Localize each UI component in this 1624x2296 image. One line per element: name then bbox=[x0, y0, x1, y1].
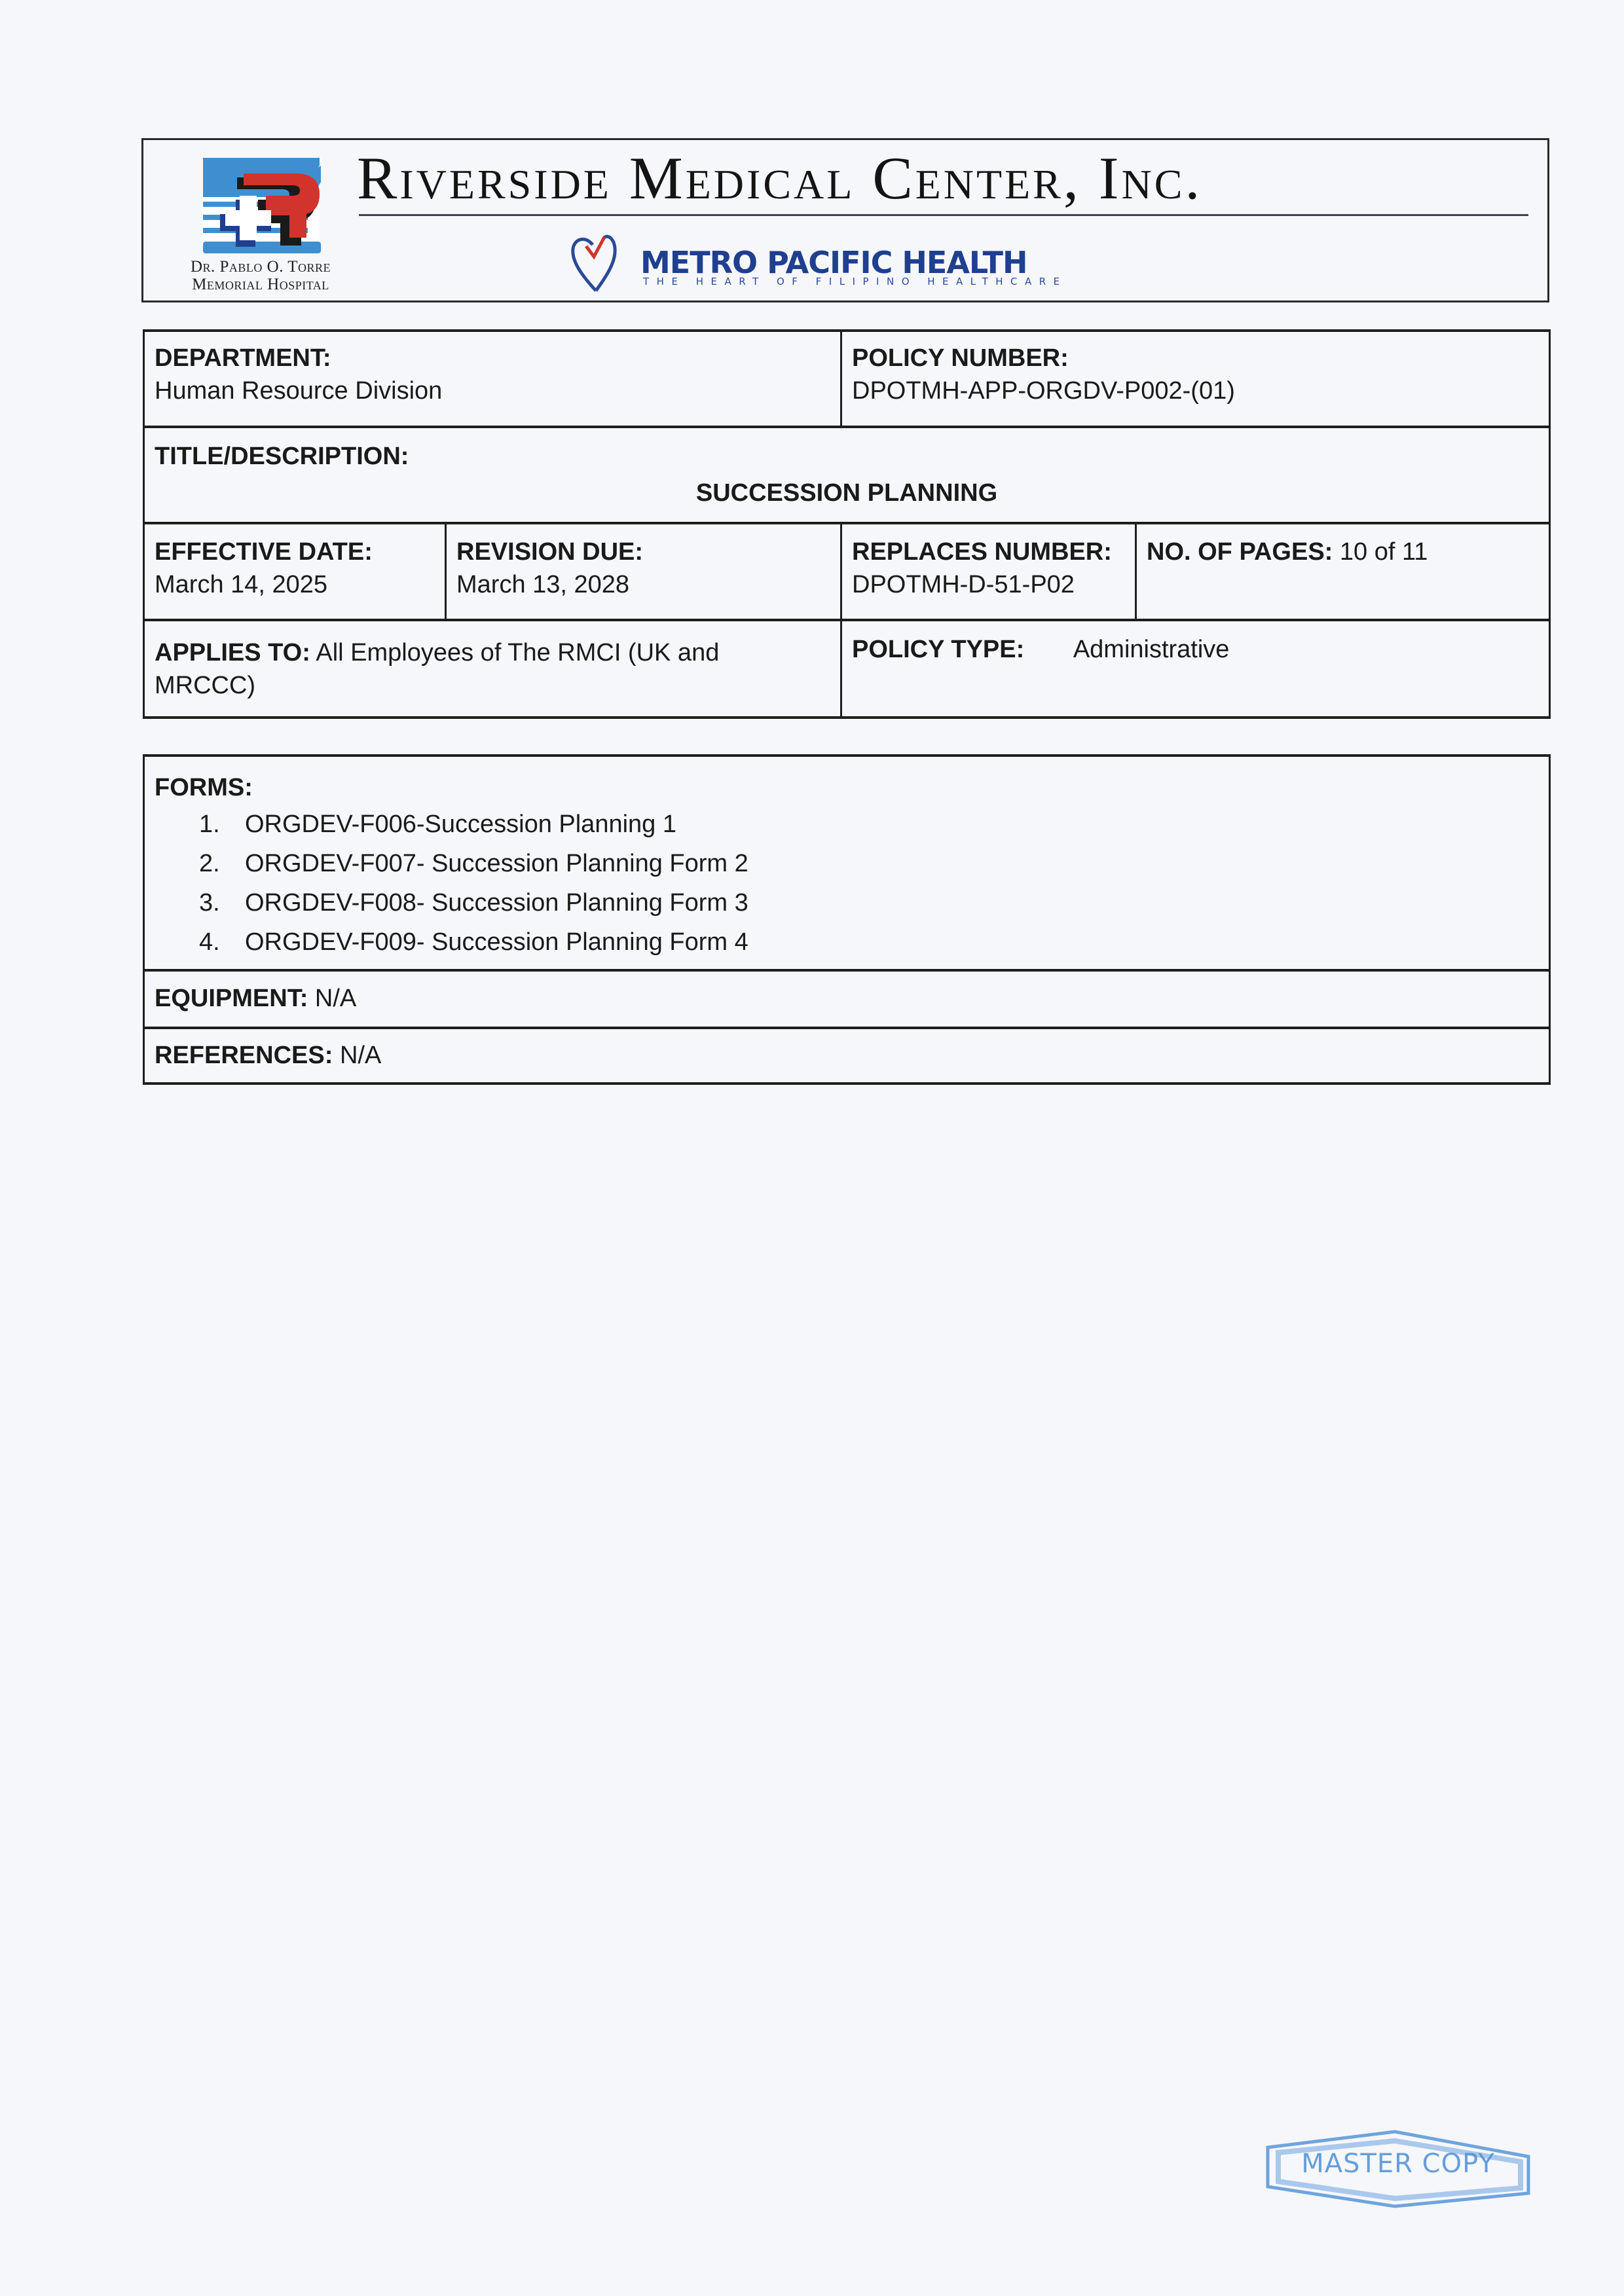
header-divider bbox=[359, 214, 1528, 216]
list-item: 1.ORGDEV-F006-Succession Planning 1 bbox=[155, 803, 1539, 845]
hospital-name-line1: Dr. Pablo O. Torre bbox=[156, 258, 365, 276]
heart-check-icon bbox=[566, 230, 625, 293]
effective-date-label: EFFECTIVE DATE: bbox=[155, 536, 435, 568]
policy-type-value: Administrative bbox=[1073, 636, 1230, 663]
policy-number-value: DPOTMH-APP-ORGDV-P002-(01) bbox=[852, 374, 1538, 407]
applies-to-value-continued: MRCCC) bbox=[155, 669, 829, 702]
table-row-divider bbox=[143, 522, 1551, 524]
table-border-right bbox=[1549, 329, 1551, 719]
equipment-label: EQUIPMENT: bbox=[155, 985, 308, 1012]
hospital-name: Dr. Pablo O. Torre Memorial Hospital bbox=[156, 258, 365, 293]
forms-cell: FORMS: 1.ORGDEV-F006-Succession Planning… bbox=[145, 769, 1549, 963]
partner-tagline: THE HEART OF FILIPINO HEALTHCARE bbox=[643, 276, 1067, 287]
pages-value: 10 of 11 bbox=[1340, 538, 1428, 566]
title-cell: TITLE/DESCRIPTION: SUCCESSION PLANNING bbox=[145, 440, 1549, 509]
company-name: Riverside Medical Center, Inc. bbox=[357, 145, 1536, 211]
forms-list: 1.ORGDEV-F006-Succession Planning 1 2.OR… bbox=[155, 803, 1539, 963]
equipment-value: N/A bbox=[315, 985, 356, 1012]
revision-due-value: March 13, 2028 bbox=[456, 568, 830, 601]
replaces-number-value: DPOTMH-D-51-P02 bbox=[852, 568, 1124, 601]
references-label: REFERENCES: bbox=[155, 1042, 333, 1069]
department-cell: DEPARTMENT: Human Resource Division bbox=[145, 342, 839, 407]
list-item: 4.ORGDEV-F009- Succession Planning Form … bbox=[155, 921, 1539, 963]
effective-date-cell: EFFECTIVE DATE: March 14, 2025 bbox=[145, 536, 445, 601]
pages-label: NO. OF PAGES: bbox=[1147, 538, 1333, 566]
policy-number-cell: POLICY NUMBER: DPOTMH-APP-ORGDV-P002-(01… bbox=[842, 342, 1548, 407]
policy-type-cell: POLICY TYPE: Administrative bbox=[842, 633, 1548, 666]
replaces-number-cell: REPLACES NUMBER: DPOTMH-D-51-P02 bbox=[842, 536, 1134, 601]
table-border-bottom bbox=[143, 1082, 1551, 1085]
list-item: 3.ORGDEV-F008- Succession Planning Form … bbox=[155, 882, 1539, 924]
table-row-divider bbox=[143, 969, 1551, 972]
stamp-text: MASTER COPY bbox=[1293, 2150, 1503, 2178]
pages-cell: NO. OF PAGES: 10 of 11 bbox=[1137, 536, 1548, 568]
equipment-cell: EQUIPMENT: N/A bbox=[145, 982, 1549, 1015]
policy-type-label: POLICY TYPE: bbox=[852, 636, 1024, 663]
applies-to-label: APPLIES TO: bbox=[155, 639, 310, 666]
references-cell: REFERENCES: N/A bbox=[145, 1039, 1549, 1072]
applies-to-cell: APPLIES TO: All Employees of The RMCI (U… bbox=[145, 636, 839, 702]
revision-due-label: REVISION DUE: bbox=[456, 536, 830, 568]
references-value: N/A bbox=[340, 1042, 381, 1069]
effective-date-value: March 14, 2025 bbox=[155, 568, 435, 601]
table-border-right bbox=[1549, 754, 1551, 1085]
document-title: SUCCESSION PLANNING bbox=[155, 477, 1539, 509]
table-row-divider bbox=[143, 1027, 1551, 1029]
hospital-cross-r-logo-icon bbox=[196, 153, 331, 257]
table-row-divider bbox=[143, 619, 1551, 621]
applies-to-value: All Employees of The RMCI (UK and bbox=[316, 639, 719, 666]
title-label: TITLE/DESCRIPTION: bbox=[155, 440, 1539, 473]
hospital-name-line2: Memorial Hospital bbox=[156, 276, 365, 293]
policy-number-label: POLICY NUMBER: bbox=[852, 342, 1538, 374]
department-value: Human Resource Division bbox=[155, 374, 829, 407]
table-border-bottom bbox=[143, 716, 1551, 719]
list-item: 2.ORGDEV-F007- Succession Planning Form … bbox=[155, 843, 1539, 884]
forms-label: FORMS: bbox=[155, 769, 1539, 806]
revision-due-cell: REVISION DUE: March 13, 2028 bbox=[447, 536, 840, 601]
department-label: DEPARTMENT: bbox=[155, 342, 829, 374]
table-border-top bbox=[143, 754, 1551, 757]
partner-name: METRO PACIFIC HEALTH bbox=[640, 247, 1027, 278]
replaces-number-label: REPLACES NUMBER: bbox=[852, 536, 1124, 568]
table-row-divider bbox=[143, 426, 1551, 428]
table-border-top bbox=[143, 329, 1551, 332]
